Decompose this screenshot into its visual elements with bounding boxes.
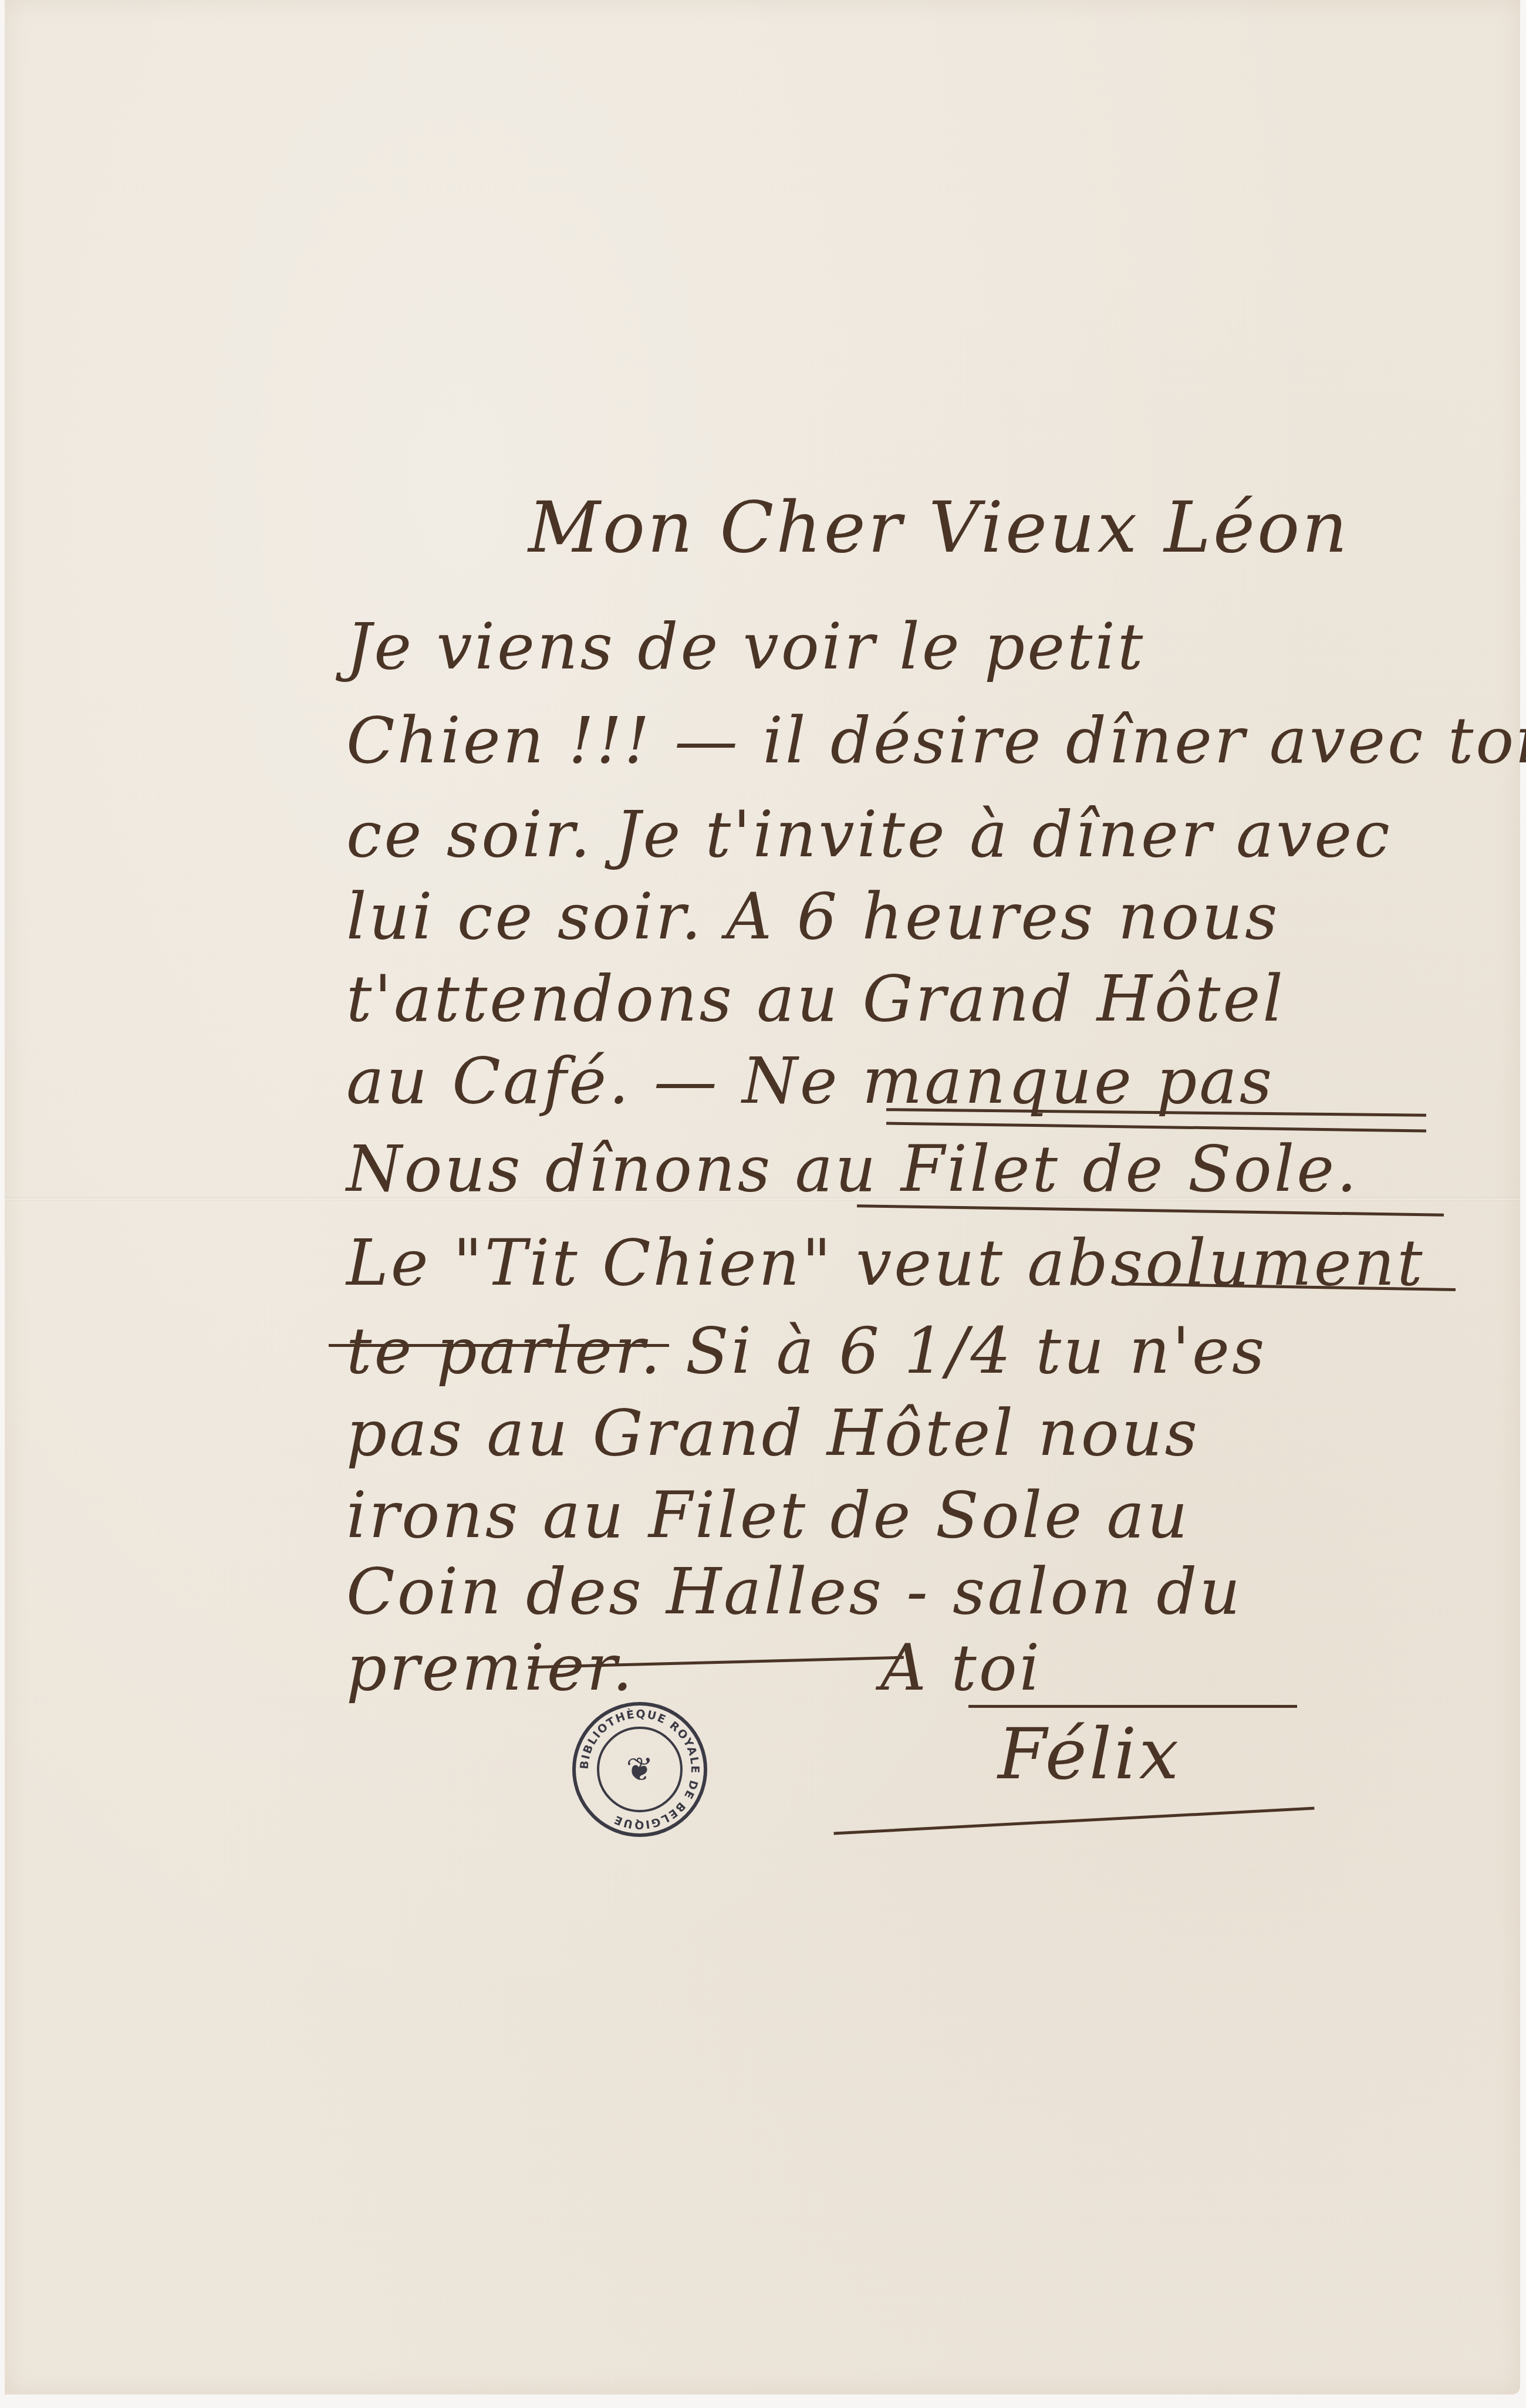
letter-line: premier. (346, 1632, 635, 1705)
letter-line: lui ce soir. A 6 heures nous (346, 880, 1279, 954)
letter-signature: Félix (998, 1714, 1181, 1795)
letter-line: Coin des Halles - salon du (346, 1555, 1243, 1629)
letter-line: irons au Filet de Sole au (346, 1479, 1190, 1552)
letter-line: Le "Tit Chien" veut absolument (346, 1227, 1425, 1300)
letter-line: Je viens de voir le petit (346, 610, 1145, 684)
letter-salutation: Mon Cher Vieux Léon (528, 487, 1349, 569)
letter-line: t'attendons au Grand Hôtel (346, 962, 1285, 1036)
underline-stroke (329, 1344, 669, 1347)
library-stamp: BIBLIOTHÈQUE ROYALE DE BELGIQUE ❦ (572, 1702, 707, 1837)
letter-line: pas au Grand Hôtel nous (346, 1397, 1200, 1470)
letter-line: ce soir. Je t'invite à dîner avec (346, 798, 1392, 872)
letter-line: au Café. — Ne manque pas (346, 1045, 1274, 1118)
letter-closing: A toi (880, 1632, 1042, 1705)
stamp-emblem-icon: ❦ (597, 1727, 683, 1812)
letter-line: Nous dînons au Filet de Sole. (346, 1133, 1359, 1206)
letter-line: Chien !!! — il désire dîner avec toi (346, 704, 1526, 778)
letter-line: te parler. Si à 6 1/4 tu n'es (346, 1315, 1267, 1388)
signature-flourish (968, 1705, 1297, 1708)
